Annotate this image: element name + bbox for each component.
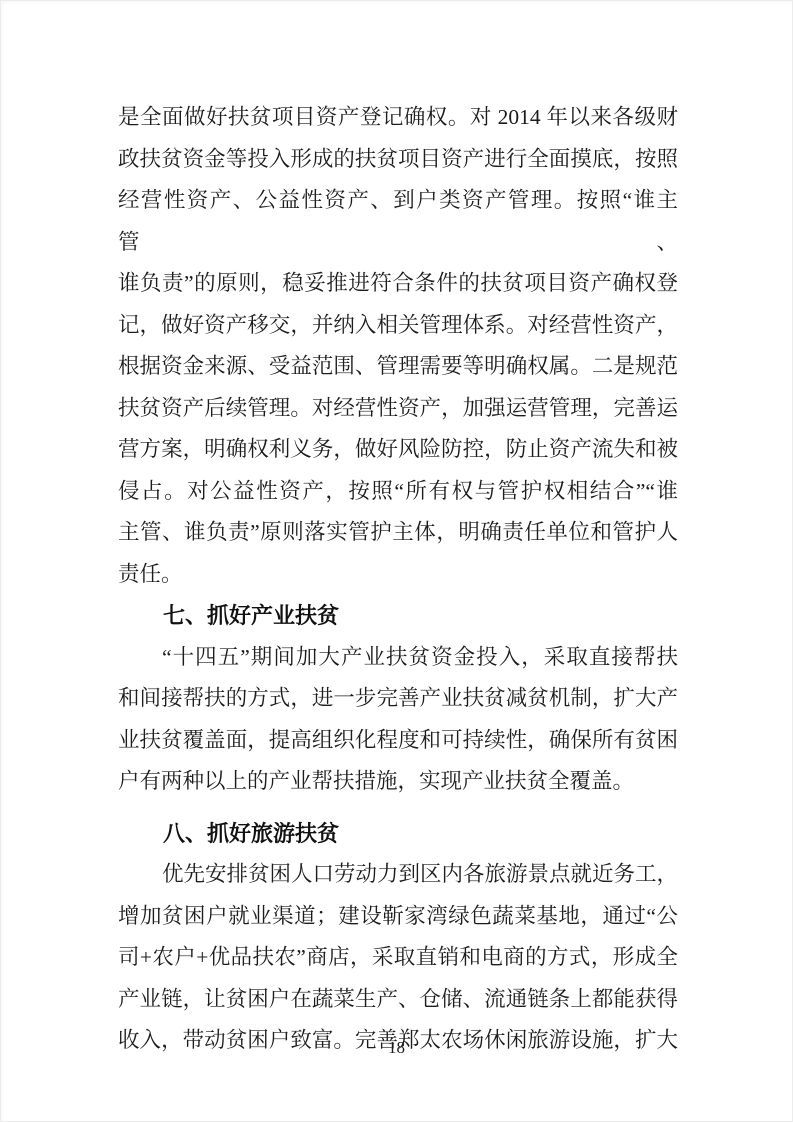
paragraph-tourism-poverty-alleviation: 优先安排贫困人口劳动力到区内各旅游景点就近务工， 增加贫困户就业渠道；建设靳家湾… — [118, 854, 678, 1062]
body-text-line: 和间接帮扶的方式，进一步完善产业扶贫减贫机制，扩大产 — [118, 678, 678, 720]
page-number: 18 — [0, 1038, 793, 1058]
section-heading-tourism: 八、抓好旅游扶贫 — [118, 813, 678, 855]
body-text-line: 增加贫困户就业渠道；建设靳家湾绿色蔬菜基地，通过“公 — [118, 896, 678, 938]
body-text-line: 记，做好资产移交，并纳入相关管理体系。对经营性资产， — [118, 305, 678, 347]
body-text-line: 政扶贫资金等投入形成的扶贫项目资产进行全面摸底，按照 — [118, 139, 678, 181]
paragraph-asset-registration: 是全面做好扶贫项目资产登记确权。对 2014 年以来各级财 政扶贫资金等投入形成… — [118, 97, 678, 595]
body-text-line: 是全面做好扶贫项目资产登记确权。对 2014 年以来各级财 — [118, 97, 678, 139]
body-text-line: 业扶贫覆盖面，提高组织化程度和可持续性，确保所有贫困 — [118, 720, 678, 762]
body-text-line: “十四五”期间加大产业扶贫资金投入，采取直接帮扶 — [118, 637, 678, 679]
body-text-line: 经营性资产、公益性资产、到户类资产管理。按照“谁主管、 — [118, 180, 678, 263]
body-text-line: 侵占。对公益性资产，按照“所有权与管护权相结合”“谁 — [118, 471, 678, 513]
body-text-line: 扶贫资产后续管理。对经营性资产，加强运营管理，完善运 — [118, 388, 678, 430]
body-text-line: 主管、谁负责”原则落实管护主体，明确责任单位和管护人 — [118, 512, 678, 554]
body-text-line: 根据资金来源、受益范围、管理需要等明确权属。二是规范 — [118, 346, 678, 388]
body-text-line: 营方案，明确权利义务，做好风险防控，防止资产流失和被 — [118, 429, 678, 471]
body-text-line: 谁负责”的原则，稳妥推进符合条件的扶贫项目资产确权登 — [118, 263, 678, 305]
body-text-line: 责任。 — [118, 554, 678, 596]
document-page: 是全面做好扶贫项目资产登记确权。对 2014 年以来各级财 政扶贫资金等投入形成… — [0, 0, 793, 1122]
body-text-line: 优先安排贫困人口劳动力到区内各旅游景点就近务工， — [118, 854, 678, 896]
section-heading-industry: 七、抓好产业扶贫 — [118, 595, 678, 637]
page-text-area: 是全面做好扶贫项目资产登记确权。对 2014 年以来各级财 政扶贫资金等投入形成… — [118, 97, 678, 1062]
body-text-line: 产业链，让贫困户在蔬菜生产、仓储、流通链条上都能获得 — [118, 979, 678, 1021]
paragraph-industry-poverty-alleviation: “十四五”期间加大产业扶贫资金投入，采取直接帮扶 和间接帮扶的方式，进一步完善产… — [118, 637, 678, 803]
body-text-line: 户有两种以上的产业帮扶措施，实现产业扶贫全覆盖。 — [118, 761, 678, 803]
body-text-line: 司+农户+优品扶农”商店，采取直销和电商的方式，形成全 — [118, 937, 678, 979]
